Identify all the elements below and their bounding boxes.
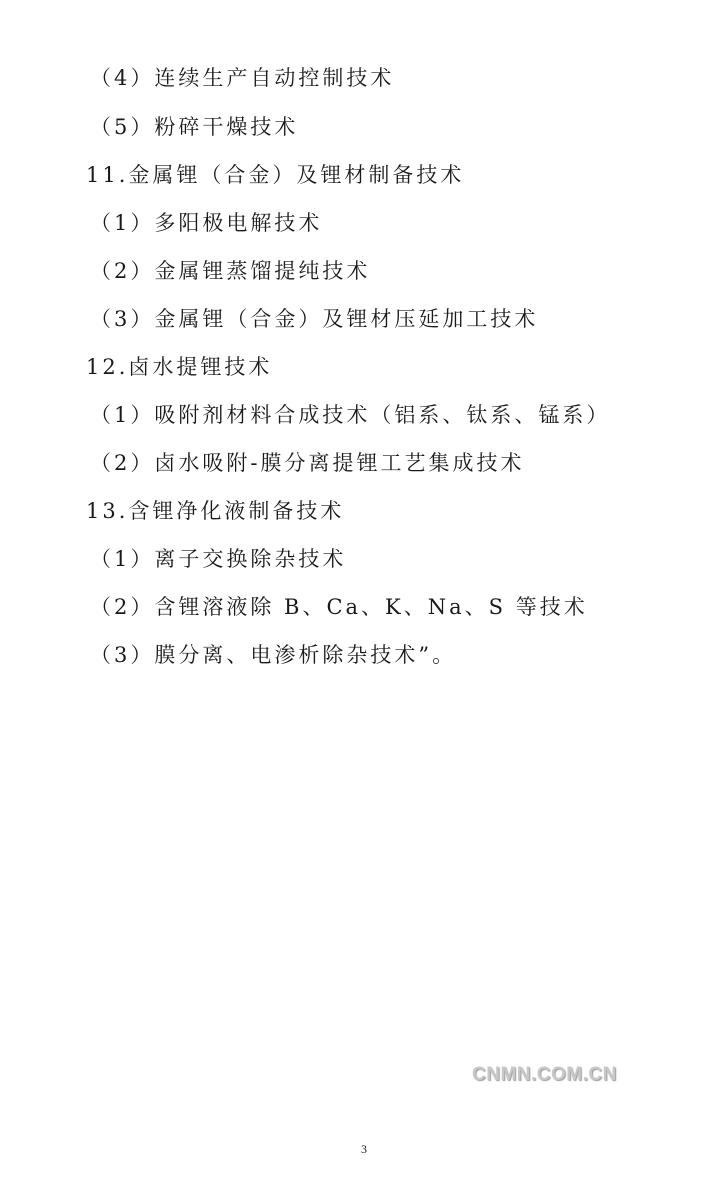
section-heading: 11.金属锂（合金）及锂材制备技术 [86, 161, 464, 189]
section-heading: 13.含锂净化液制备技术 [86, 497, 344, 525]
list-item: （2）卤水吸附-膜分离提锂工艺集成技术 [90, 449, 524, 477]
list-item: （3）膜分离、电渗析除杂技术”。 [90, 641, 456, 669]
list-item: （2）含锂溶液除 B、Ca、K、Na、S 等技术 [90, 593, 588, 621]
list-item: （1）离子交换除杂技术 [90, 545, 346, 573]
list-item: （4）连续生产自动控制技术 [90, 64, 394, 92]
list-item: （1）多阳极电解技术 [90, 209, 322, 237]
list-item: （2）金属锂蒸馏提纯技术 [90, 257, 370, 285]
list-item: （3）金属锂（合金）及锂材压延加工技术 [90, 305, 538, 333]
list-item: （5）粉碎干燥技术 [90, 113, 298, 141]
list-item: （1）吸附剂材料合成技术（铝系、钛系、锰系） [90, 401, 610, 429]
watermark: CNMN.COM.CN [472, 1064, 617, 1086]
page-number: 3 [0, 1142, 728, 1157]
section-heading: 12.卤水提锂技术 [86, 353, 272, 381]
